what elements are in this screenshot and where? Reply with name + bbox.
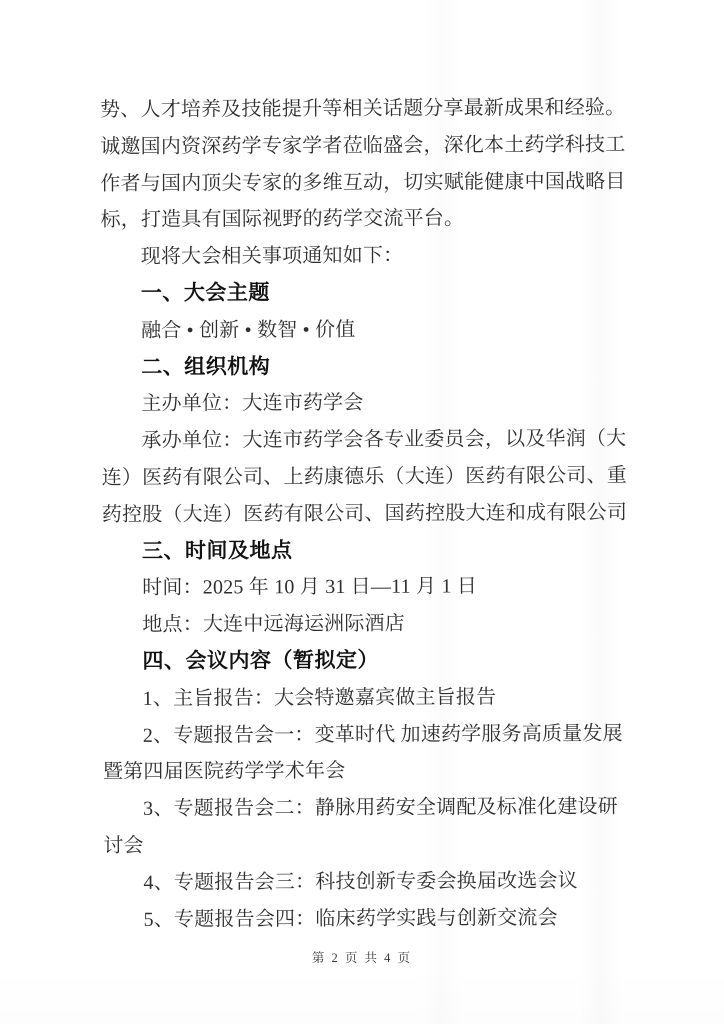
text-line: 时间：2025 年 10 月 31 日—11 月 1 日 xyxy=(102,568,642,607)
text-line: 2、专题报告会一：变革时代 加速药学服务高质量发展 xyxy=(103,715,643,754)
text-line: 融合 • 创新 • 数智 • 价值 xyxy=(101,310,641,349)
text-line: 诚邀国内资深药学专家学者莅临盛会，深化本土药学科技工 xyxy=(100,126,640,165)
text-line: 主办单位：大连市药学会 xyxy=(101,384,641,423)
text-line: 3、专题报告会二：静脉用药安全调配及标准化建设研 xyxy=(103,789,643,828)
text-line: 连）医药有限公司、上药康德乐（大连）医药有限公司、重 xyxy=(102,458,642,497)
text-line: 标，打造具有国际视野的药学交流平台。 xyxy=(100,200,640,239)
text-line: 承办单位：大连市药学会各专业委员会，以及华润（大 xyxy=(101,421,641,460)
page-number-footer: 第 2 页 共 4 页 xyxy=(0,948,724,966)
text-line: 5、专题报告会四：临床药学实践与创新交流会 xyxy=(104,899,644,938)
section-heading: 二、组织机构 xyxy=(101,347,641,386)
text-line: 1、主旨报告：大会特邀嘉宾做主旨报告 xyxy=(103,678,643,717)
text-line: 势、人才培养及技能提升等相关话题分享最新成果和经验。 xyxy=(100,90,640,129)
document-content: 势、人才培养及技能提升等相关话题分享最新成果和经验。诚邀国内资深药学专家学者莅临… xyxy=(100,90,644,939)
text-line: 暨第四届医院药学学术年会 xyxy=(103,752,643,791)
text-line: 现将大会相关事项通知如下： xyxy=(101,237,641,276)
text-line: 作者与国内顶尖专家的多维互动，切实赋能健康中国战略目 xyxy=(100,163,640,202)
text-line: 4、专题报告会三：科技创新专委会换届改选会议 xyxy=(103,862,643,901)
section-heading: 一、大会主题 xyxy=(101,274,641,313)
text-line: 地点：大连中远海运洲际酒店 xyxy=(102,605,642,644)
text-line: 药控股（大连）医药有限公司、国药控股大连和成有限公司 xyxy=(102,494,642,533)
section-heading: 四、会议内容（暂拟定） xyxy=(102,642,642,681)
document-page: 势、人才培养及技能提升等相关话题分享最新成果和经验。诚邀国内资深药学专家学者莅临… xyxy=(0,0,724,1024)
section-heading: 三、时间及地点 xyxy=(102,531,642,570)
text-line: 讨会 xyxy=(103,826,643,865)
